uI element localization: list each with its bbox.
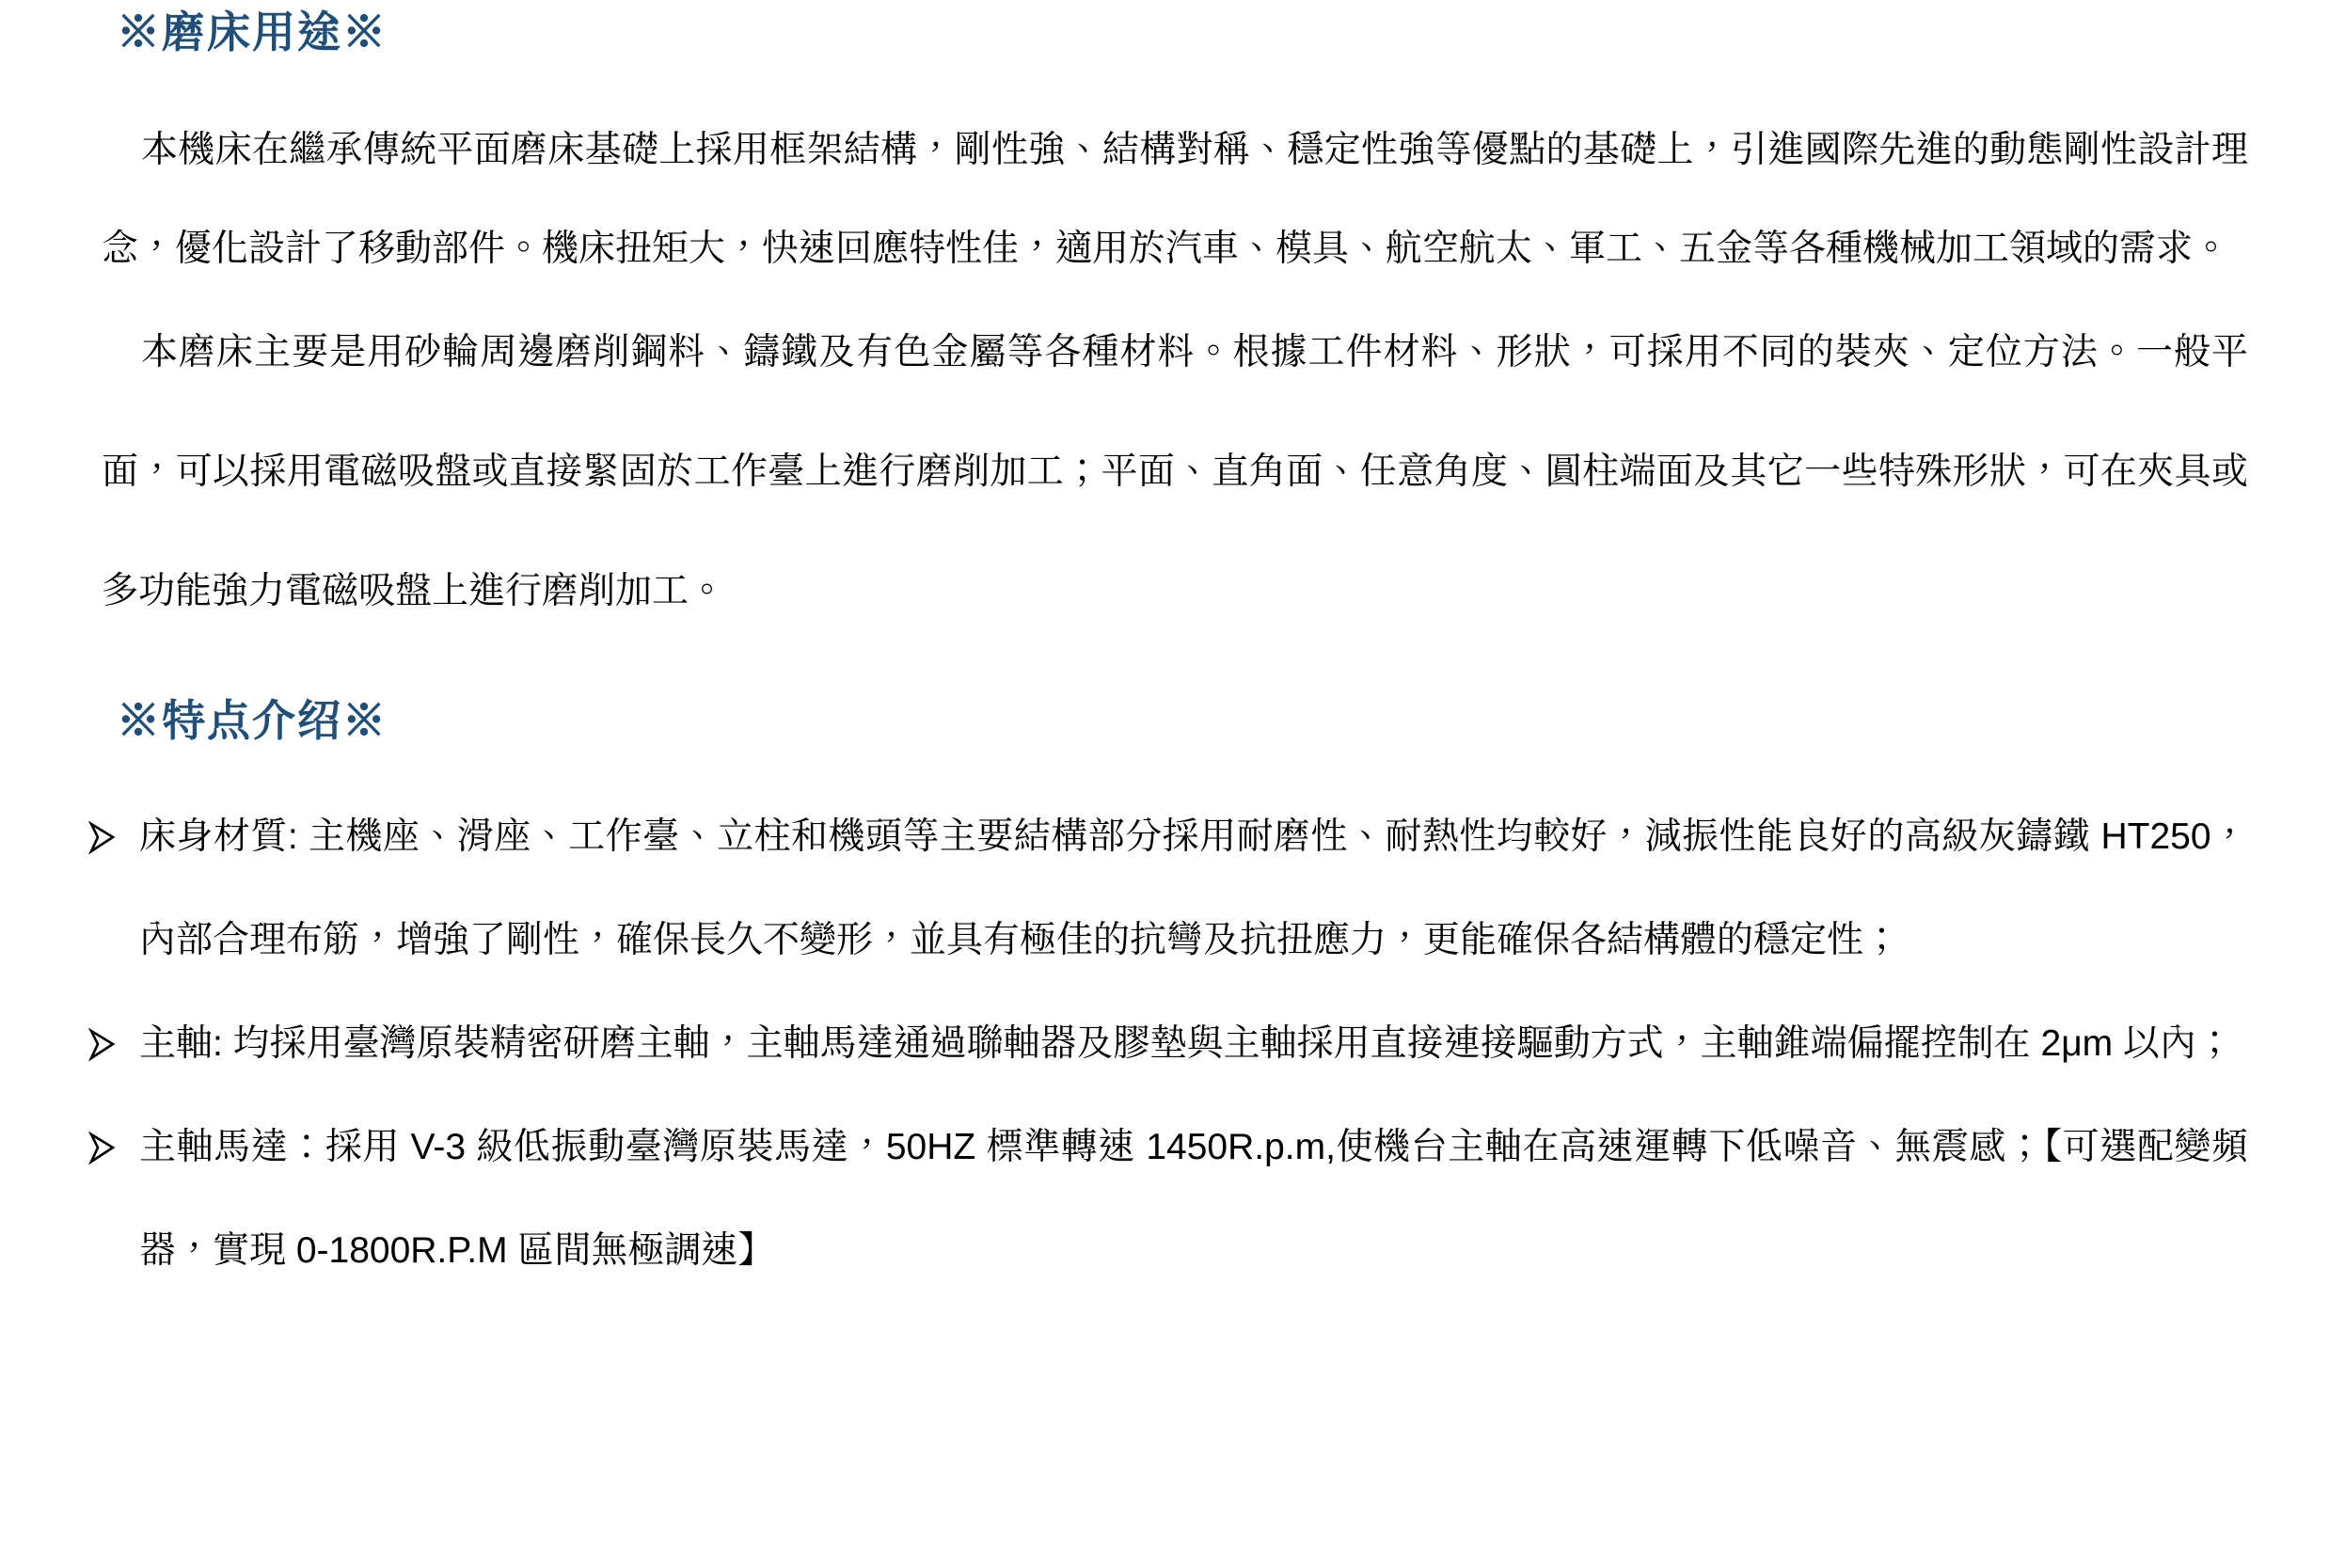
right-arrowhead-icon <box>87 1096 139 1199</box>
right-arrowhead-icon <box>87 785 139 889</box>
feature-spindle-motor: 主軸馬達：採用 V-3 級低振動臺灣原裝馬達，50HZ 標準轉速 1450R.p… <box>139 1096 2248 1303</box>
list-item: 主軸馬達：採用 V-3 級低振動臺灣原裝馬達，50HZ 標準轉速 1450R.p… <box>87 1096 2248 1303</box>
features-list: 床身材質: 主機座、滑座、工作臺、立柱和機頭等主要結構部分採用耐磨性、耐熱性均較… <box>87 785 2248 1303</box>
feature-spindle: 主軸: 均採用臺灣原裝精密研磨主軸，主軸馬達通過聯軸器及膠墊與主軸採用直接連接驅… <box>139 992 2248 1096</box>
heading-grinder-usage: ※磨床用途※ <box>117 6 2248 58</box>
paragraph-grinding-methods: 本磨床主要是用砂輪周邊磨削鋼料、鑄鐵及有色金屬等各種材料。根據工件材料、形狀，可… <box>102 293 2248 651</box>
list-item: 主軸: 均採用臺灣原裝精密研磨主軸，主軸馬達通過聯軸器及膠墊與主軸採用直接連接驅… <box>87 992 2248 1096</box>
paragraph-machine-structure: 本機床在繼承傳統平面磨床基礎上採用框架結構，剛性強、結構對稱、穩定性強等優點的基… <box>102 101 2248 298</box>
right-arrowhead-icon <box>87 992 139 1096</box>
document-page: ※磨床用途※ 本機床在繼承傳統平面磨床基礎上採用框架結構，剛性強、結構對稱、穩定… <box>0 0 2329 1568</box>
list-item: 床身材質: 主機座、滑座、工作臺、立柱和機頭等主要結構部分採用耐磨性、耐熱性均較… <box>87 785 2248 992</box>
heading-features-intro: ※特点介绍※ <box>117 694 2248 747</box>
feature-bed-material: 床身材質: 主機座、滑座、工作臺、立柱和機頭等主要結構部分採用耐磨性、耐熱性均較… <box>139 785 2248 992</box>
